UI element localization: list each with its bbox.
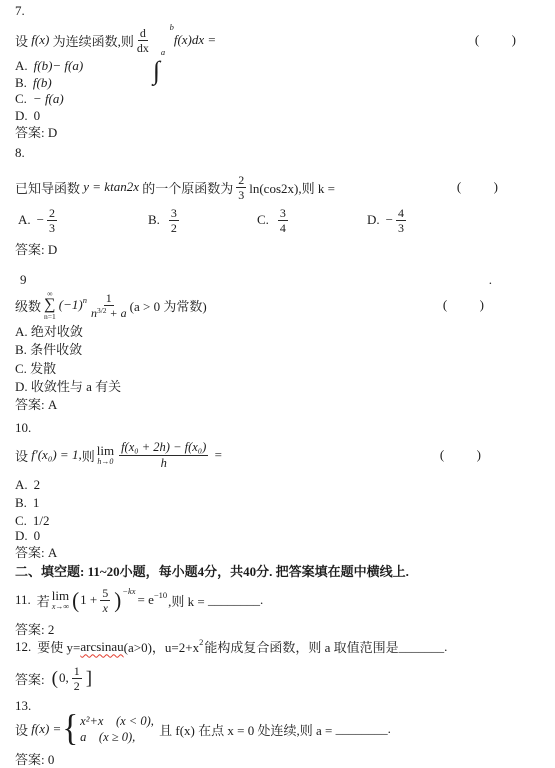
q12-answer-label: 答案: [15,669,45,688]
q10-option-b: B.1 [15,494,540,511]
q8-stem-text2: 的一个原函数为 [139,178,233,197]
q10-answer-paren: ( ) [440,447,481,463]
q10-then: 则 [82,446,95,465]
q9-number-line: 9 . [15,271,540,288]
q10-option-a-label: A. [15,477,28,493]
q12-interval-den: 2 [74,679,80,692]
q11-lim-sub: x→∞ [52,603,69,611]
q12-interval-fraction: 1 2 [72,665,82,692]
q7-option-a: A.f(b)− f(a) [15,57,540,74]
q13-cases: x²+x (x < 0), a (x ≥ 0), [80,713,154,746]
q9-option-d: D. 收敛性与 a 有关 [15,377,540,394]
q8-option-d-label: D. [367,212,380,228]
q13-case2: a (x ≥ 0), [80,729,154,745]
q7-stem-text2: 为连续函数,则 [49,31,134,50]
q9-den-tail: + a [107,306,127,320]
q12-interval-num: 1 [72,665,82,679]
q9-sigma: ∑ [44,297,55,312]
q9-answer: 答案: A [15,395,540,412]
q10-lim-text: lim [97,444,114,457]
q11-stem: 11. 若 lim x→∞ ( 1 + 5 x ) −kx = e−10 ,则 … [15,583,540,617]
q12-stem-text3: 能构成复合函数，则 a 取值范围是 [204,637,398,656]
q8-stem-tail: ln(cos2x),则 k = [249,178,335,197]
q8-option-d-num: 4 [396,207,406,221]
q11-stem-text: 若 [37,591,50,610]
q7-option-a-label: A. [15,58,28,74]
q8-option-b-label: B. [148,212,160,228]
q11-then-k: ,则 k = [168,591,208,610]
q10-lim-sub: h→0 [97,458,113,466]
q11-base: 1 + [80,592,97,608]
q7-option-a-text: f(b)− f(a) [34,58,84,74]
q7-answer: 答案: D [15,123,540,140]
q10-fraction-num: f(x₀ + 2h) − f(x₀) [119,441,208,456]
q7-option-c: C.− f(a) [15,90,540,107]
q8-option-b-fraction: 32 [169,207,179,234]
q12-number: 12. [15,639,31,655]
q8-option-b: B. 32 [148,207,182,234]
q7-option-b-label: B. [15,75,27,91]
q8-option-b-num: 3 [169,207,179,221]
q9-option-a: A. 绝对收敛 [15,322,540,339]
q7-option-c-text: − f(a) [33,91,64,107]
q11-fraction-den: x [103,601,108,614]
q8-option-c-num: 3 [278,207,288,221]
q7-fx: f(x) [31,32,49,48]
q10-fraction-den: h [161,456,167,470]
q13-stem-text2: 且 f(x) 在点 x = 0 处连续,则 a = [156,720,336,739]
q12-misspelled-word: arcsinau [80,639,123,655]
q8-option-d: D.− 43 [367,207,409,234]
q10-stem-text: 设 [15,446,31,465]
q11-answer: 答案: 2 [15,620,540,637]
q9-den-exponent: 3/2 [97,306,107,315]
q10-option-b-text: 1 [33,495,40,511]
q8-option-c-den: 4 [280,221,286,234]
q13-fx-equals: f(x) = [31,721,61,737]
q10-stem: 设 f′(x₀) = 1,则 lim h→0 f(x₀ + 2h) − f(x₀… [15,437,540,473]
q10-option-a: A.2 [15,476,540,493]
q12-x-exponent: 2 [199,637,203,647]
q8-option-a-den: 3 [49,221,55,234]
q11-blank: ________ [208,592,260,608]
q8-coef-den: 3 [238,188,244,201]
q8-option-a-sign: − [37,212,44,228]
q9-term-exponent: n [83,295,87,305]
q8-option-b-den: 2 [171,221,177,234]
q8-option-d-den: 3 [398,221,404,234]
q9-option-b: B. 条件收敛 [15,340,540,357]
q12-interval-close: ] [86,669,92,688]
q10-option-b-label: B. [15,495,27,511]
q8-derivative: y = ktan2x [83,179,139,195]
exam-page: 7. 设 f(x) 为连续函数,则 d dx ∫ b a f(x)dx = ( … [0,0,555,768]
q7-integral: ∫ b a [153,24,173,56]
q7-option-b-text: f(b) [33,75,52,91]
q8-option-c-label: C. [257,212,269,228]
q12-stem-text2: (a>0)，u=2+x [124,637,199,656]
q8-option-a-label: A. [18,212,31,228]
q11-e-exponent: −10 [154,590,167,600]
q11-number: 11. [15,592,31,608]
q9-stem-condition: (a > 0 为常数) [130,296,207,315]
q7-answer-paren: ( ) [475,32,516,48]
q12-interval-zero: 0, [59,670,69,686]
q11-open-paren: ( [72,589,79,611]
q9-fraction: 1 n3/2 + a [91,292,127,319]
q9-fraction-num: 1 [104,292,114,306]
q11-fraction-num: 5 [100,587,110,601]
q7-option-c-label: C. [15,91,27,107]
q11-equals-e: = e [138,592,154,608]
q13-answer: 答案: 0 [15,750,540,767]
q12-stem: 12. 要使 y=arcsinau(a>0)，u=2+x2能构成复合函数，则 a… [15,638,540,655]
q11-limit: lim x→∞ [52,589,69,611]
q11-period: . [260,592,263,608]
q8-number: 8. [15,144,540,161]
q8-option-c: C. 34 [257,207,291,234]
q7-integral-lower: a [161,47,165,57]
q11-lim-text: lim [52,589,69,602]
q13-blank: ________ [336,721,388,737]
q12-answer: 答案: ( 0, 1 2 ] [15,663,540,693]
q11-exponent: −kx [122,586,135,596]
q9-answer-paren: ( ) [443,297,484,313]
q7-integral-upper: b [170,22,174,32]
q11-close-paren: ) [114,589,121,611]
q8-option-a: A.− 23 [18,207,60,234]
q8-coef-num: 2 [236,174,246,188]
q7-stem-tail: f(x)dx = [174,32,216,48]
q10-answer: 答案: A [15,543,540,560]
q13-period: . [388,721,391,737]
q12-stem-text: 要使 y= [37,637,80,656]
q13-stem: 设 f(x) = { x²+x (x < 0), a (x ≥ 0), 且 f(… [15,710,540,748]
q9-fraction-den: n3/2 + a [91,306,127,319]
q7-stem-text: 设 [15,31,31,50]
section2-heading: 二、填空题: 11~20小题，每小题4分，共40分. 把答案填在题中横线上. [15,562,540,579]
q7-option-d: D.0 [15,107,540,124]
q12-period: . [444,639,447,655]
q12-blank: _______ [399,639,445,655]
q9-option-c: C. 发散 [15,359,540,376]
q8-option-d-fraction: 43 [396,207,406,234]
q10-equals: = [211,447,222,463]
q8-option-a-fraction: 23 [47,207,57,234]
q13-stem-text: 设 [15,720,31,739]
q10-limit: lim h→0 [97,444,114,466]
q9-sum-lower: n=1 [44,313,56,321]
q8-option-a-num: 2 [47,207,57,221]
q11-fraction: 5 x [100,587,110,614]
q9-stray-dot: . [489,272,492,288]
q13-brace: { [62,711,78,748]
q8-options-row: A.− 23 B. 32 C. 34 D.− 43 [15,202,540,238]
q10-option-a-text: 2 [34,477,41,493]
q10-given: f′(x₀) = 1, [31,447,81,463]
q7-ddx-fraction: d dx [137,27,149,54]
q10-number: 10. [15,419,540,436]
q8-coef-fraction: 2 3 [236,174,246,201]
q7-ddx-num: d [138,27,148,41]
q9-term: (−1) [59,297,83,313]
q7-option-b: B.f(b) [15,74,540,91]
q7-ddx-den: dx [137,41,149,54]
q7-number: 7. [15,2,540,19]
q8-option-d-sign: − [386,212,393,228]
q9-number: 9 [20,272,27,288]
q10-option-d: D.0 [15,527,540,544]
q8-stem-text: 已知导函数 [15,178,83,197]
q12-interval-open: ( [52,669,58,688]
q7-stem: 设 f(x) 为连续函数,则 d dx ∫ b a f(x)dx = ( ) [15,23,540,57]
q9-stem: 级数 ∞ ∑ n=1 (−1)n 1 n3/2 + a (a > 0 为常数) … [15,287,540,323]
q8-answer: 答案: D [15,240,540,257]
q8-answer-paren: ( ) [457,179,498,195]
q9-sum-symbol: ∞ ∑ n=1 [44,290,56,320]
q10-fraction: f(x₀ + 2h) − f(x₀) h [119,441,208,469]
q8-stem: 已知导函数 y = ktan2x 的一个原函数为 2 3 ln(cos2x),则… [15,170,540,204]
q8-option-c-fraction: 34 [278,207,288,234]
q13-case1: x²+x (x < 0), [80,713,154,729]
q9-stem-text: 级数 [15,296,41,315]
